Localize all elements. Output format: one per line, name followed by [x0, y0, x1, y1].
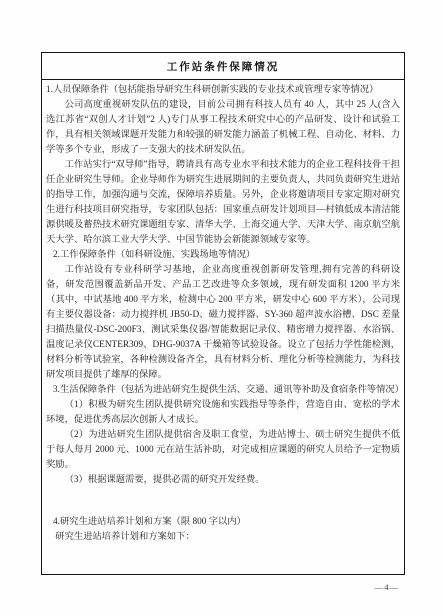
document-table: 工作站条件保障情况 1.人员保障条件（包括能指导研究生科研创新实践的专业技术或管… [41, 52, 405, 575]
table-body-cell: 1.人员保障条件（包括能指导研究生科研创新实践的专业技术或管理专家等情况） 公司… [42, 80, 404, 574]
section-2-heading: 2.工作保障条件（如科研设施、实践场地等情况） [46, 248, 400, 263]
section-3-item-3: （3）根据课题需要，提供必需的研究开发经费。 [46, 473, 400, 488]
section-3-item-2: （2）为进站研究生团队提供宿舍及职工食堂，为进站博士、硕士研究生提供不低于每人每… [46, 428, 400, 473]
document-page: 工作站条件保障情况 1.人员保障条件（包括能指导研究生科研创新实践的专业技术或管… [0, 0, 443, 616]
section-4-paragraph: 研究生进站培养计划和方案如下： [46, 530, 400, 545]
section-1-paragraph: 工作站实行“双导师”指导，聘请具有高专业水平和技术能力的企业工程科技骨干担任企业… [46, 158, 400, 248]
section-4-heading: 4.研究生进站培养计划和方案（限 800 字以内） [46, 515, 400, 530]
table-title: 工作站条件保障情况 [42, 53, 404, 80]
section-3-heading: 3.生活保障条件（包括为进站研究生提供生活、交通、通讯等补助及食宿条件等情况） [46, 383, 400, 398]
section-1-heading: 1.人员保障条件（包括能指导研究生科研创新实践的专业技术或管理专家等情况） [46, 83, 400, 98]
section-3-item-1: （1）积极为研究生团队提供研究设施和实践指导等条件，营造自由、宽松的学术环境，促… [46, 398, 400, 428]
section-1-paragraph: 公司高度重视研发队伍的建设，目前公司拥有科技人员有 40 人，其中 25 人(含… [46, 98, 400, 158]
page-number: —4— [375, 582, 399, 592]
section-2-paragraph: 工作站设有专业科研学习基地，企业高度重视创新研发管理,拥有完善的科研设备，研发范… [46, 263, 400, 383]
